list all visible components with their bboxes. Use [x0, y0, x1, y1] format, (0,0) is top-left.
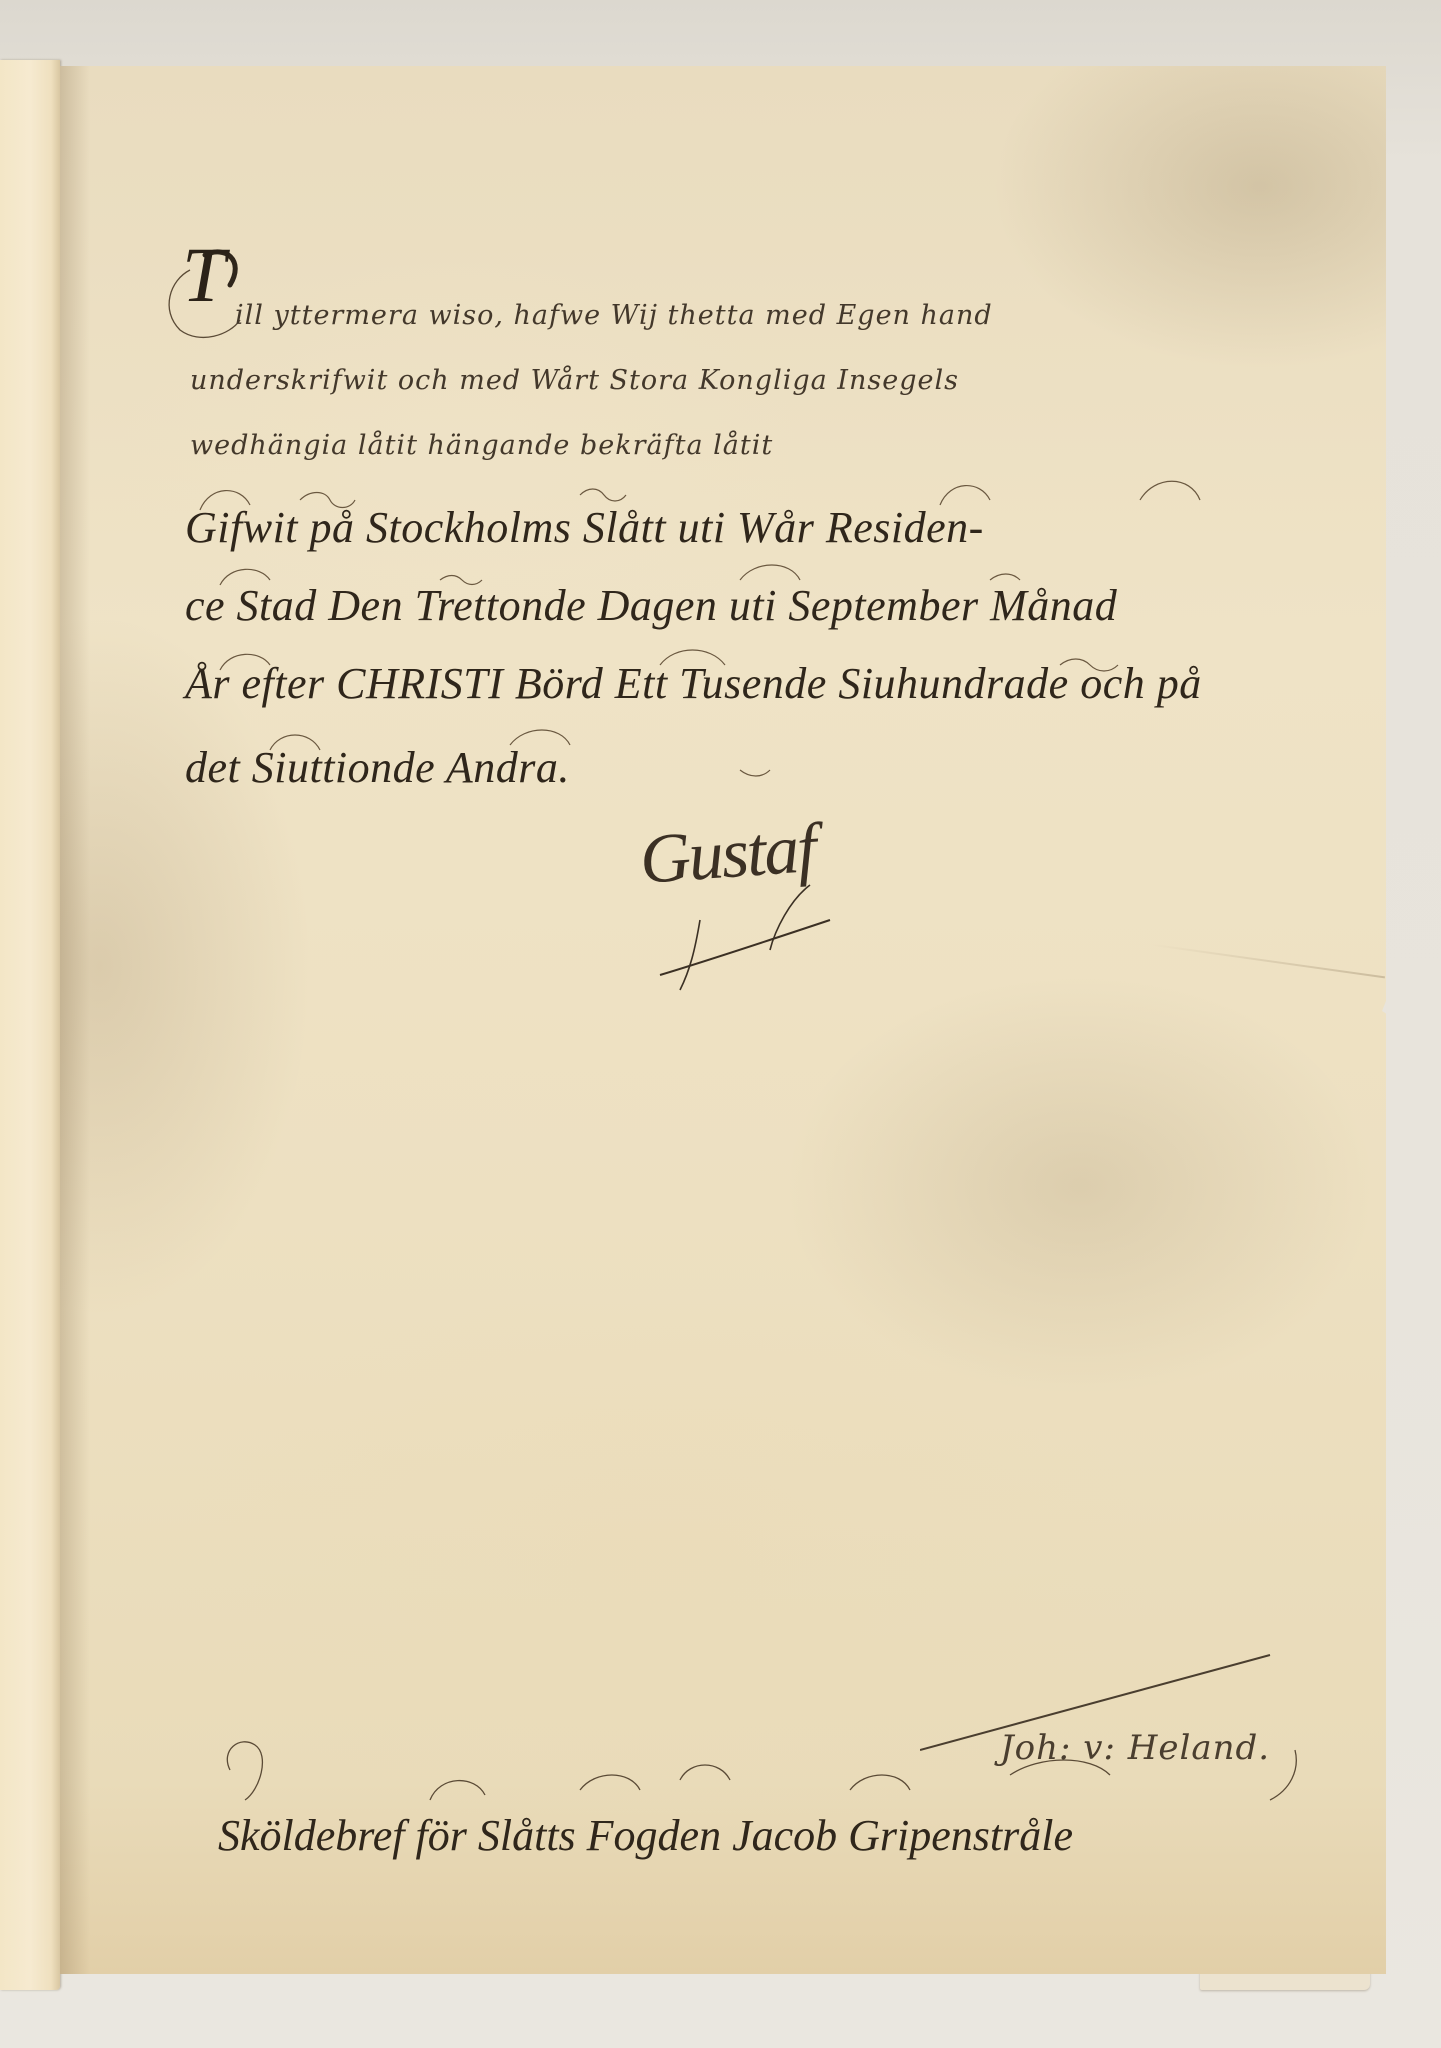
- document-endorsement-title: Sköldebref för Slåtts Fogden Jacob Gripe…: [218, 1810, 1073, 1861]
- text-line-7: det Siuttionde Andra.: [185, 742, 570, 793]
- text-line-5: ce Stad Den Trettonde Dagen uti Septembe…: [185, 580, 1117, 631]
- text-line-2: underskrifwit och med Wårt Stora Konglig…: [190, 365, 959, 396]
- opening-initial: T: [182, 236, 225, 314]
- text-line-1: ill yttermera wiso, hafwe Wij thetta med…: [235, 300, 993, 331]
- parchment-page: [60, 66, 1386, 1974]
- king-signature: Gustaf: [637, 809, 817, 901]
- countersignature: Joh: v: Heland.: [1000, 1728, 1270, 1768]
- text-line-3: wedhängia låtit hängande bekräfta låtit: [190, 430, 773, 461]
- text-line-6: År efter CHRISTI Börd Ett Tusende Siuhun…: [185, 658, 1202, 709]
- binding-strip: [0, 60, 60, 1990]
- text-line-4: Gifwit på Stockholms Slått uti Wår Resid…: [185, 502, 984, 553]
